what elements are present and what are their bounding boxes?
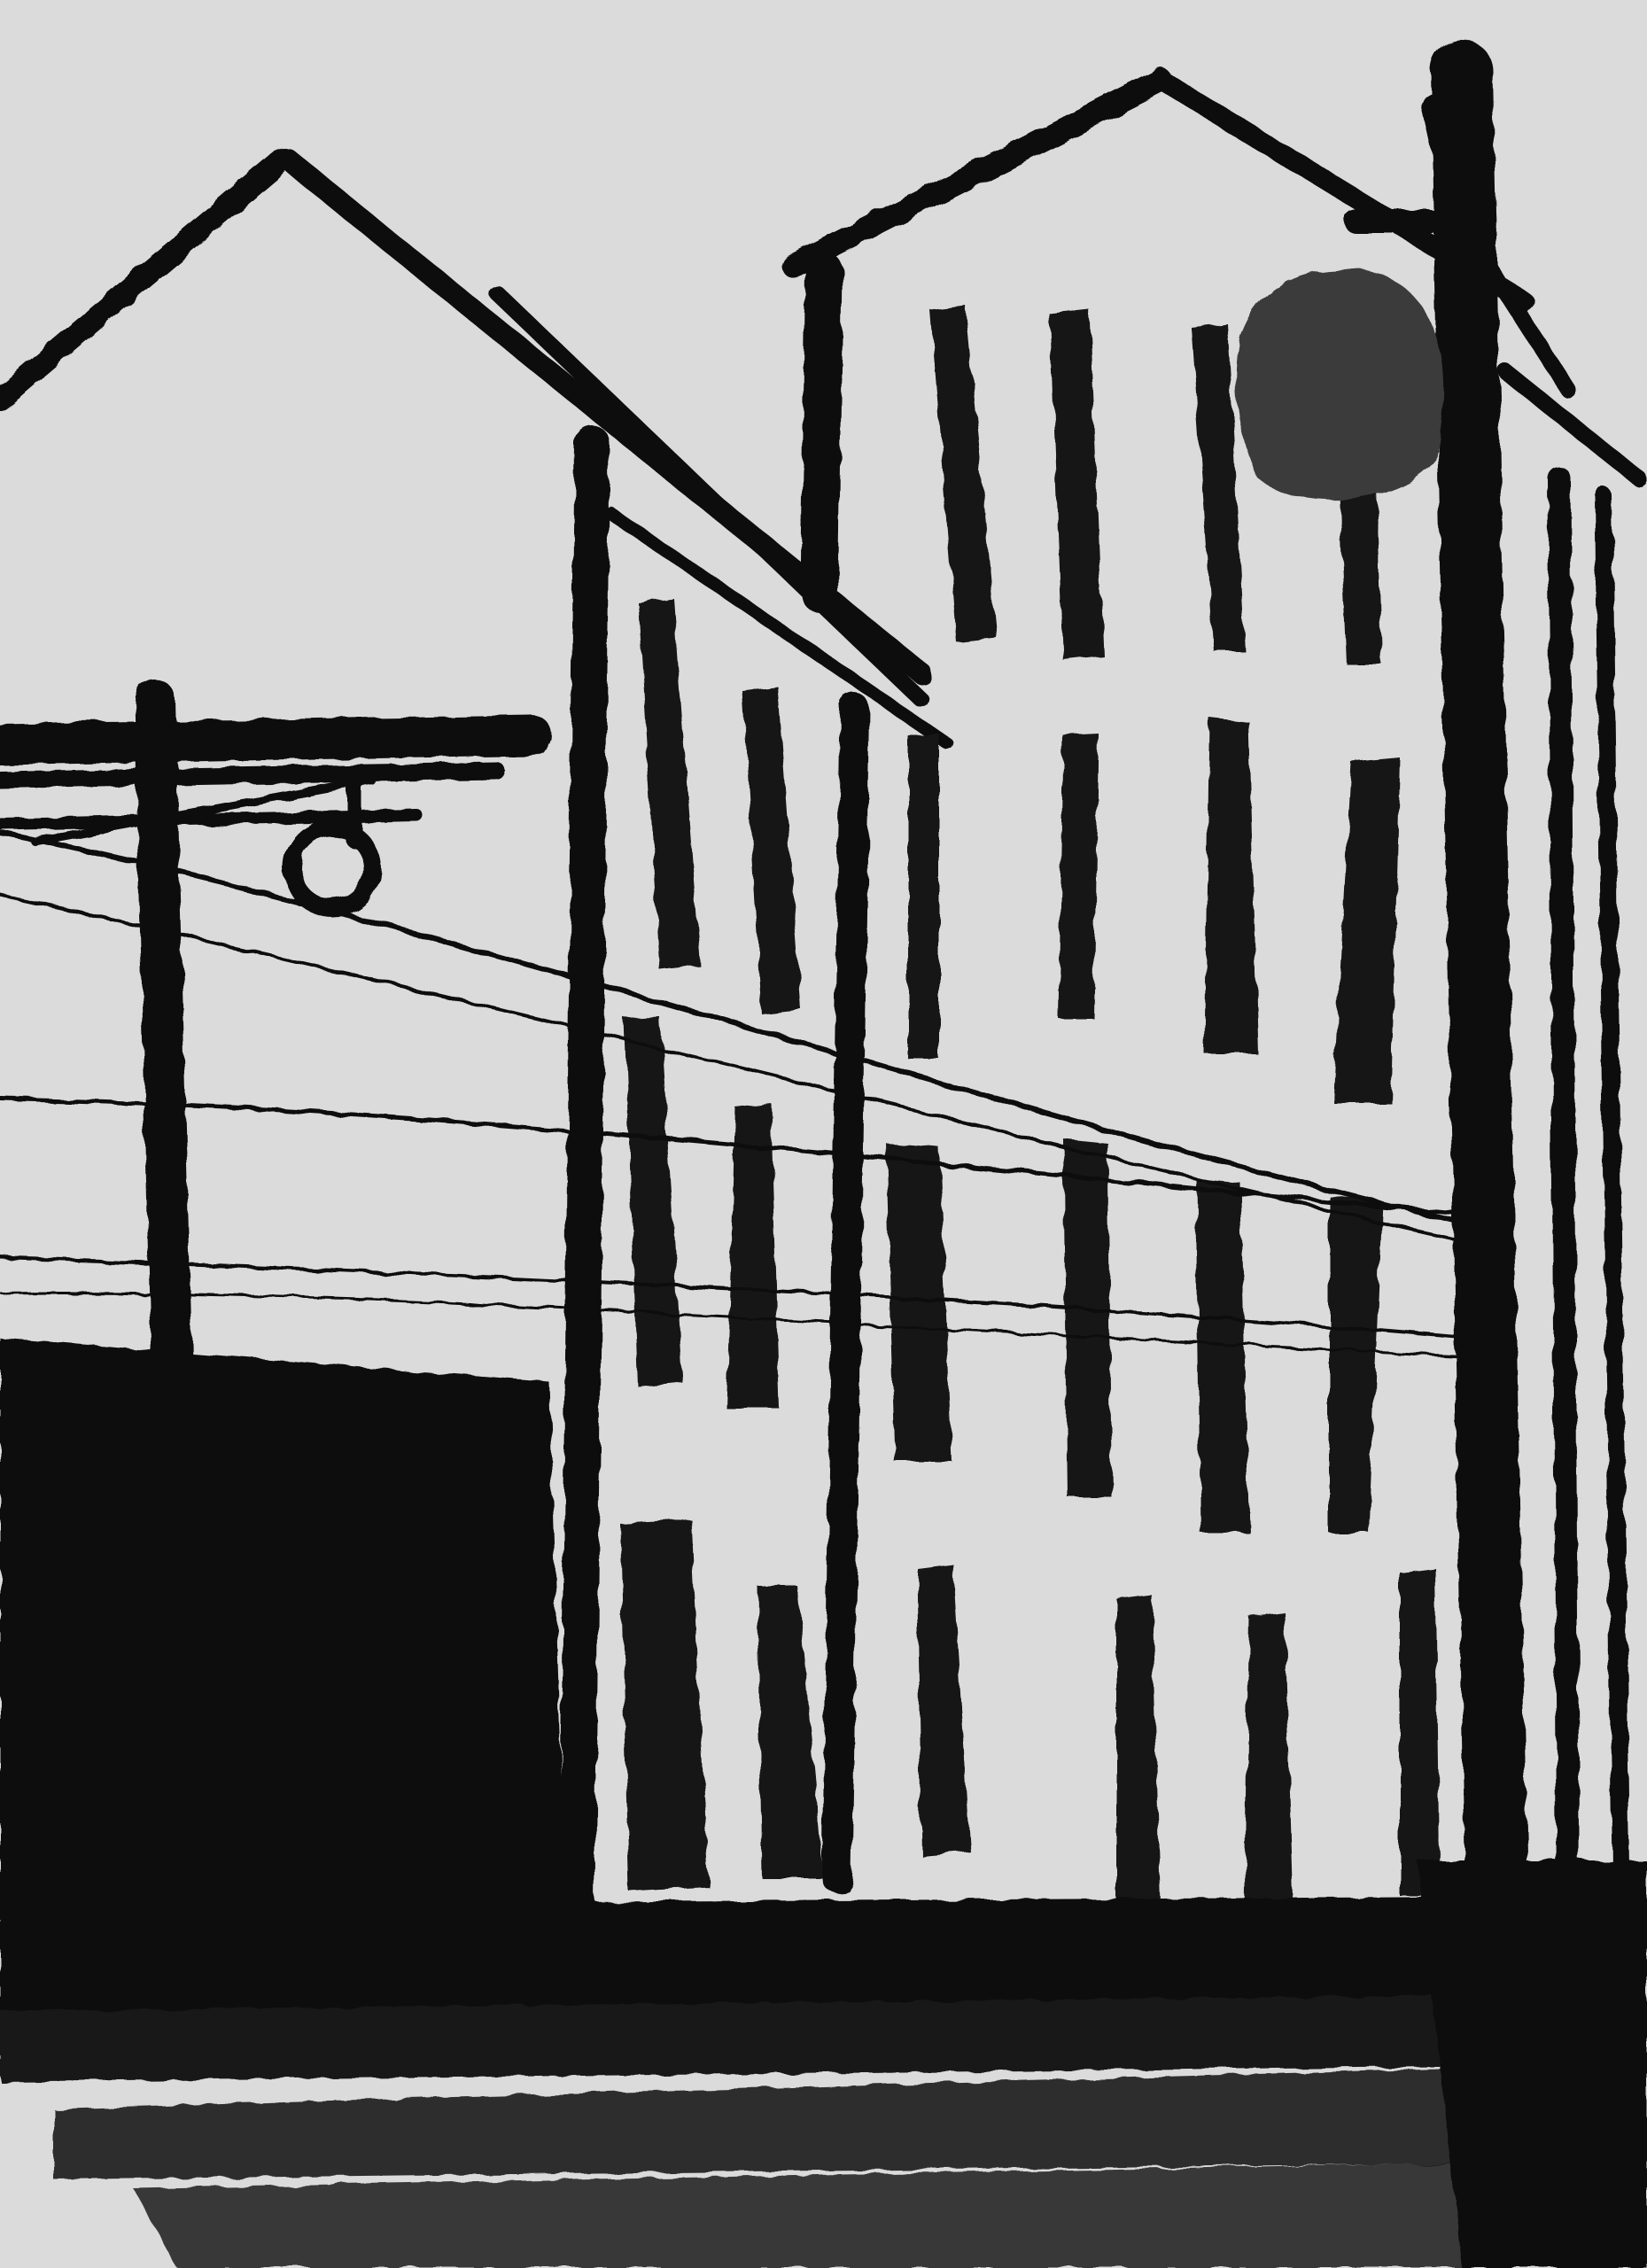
- lamp-shade-icon: [1236, 269, 1443, 501]
- ink-painting: [0, 0, 1647, 2268]
- street-ground: [0, 1860, 1647, 2268]
